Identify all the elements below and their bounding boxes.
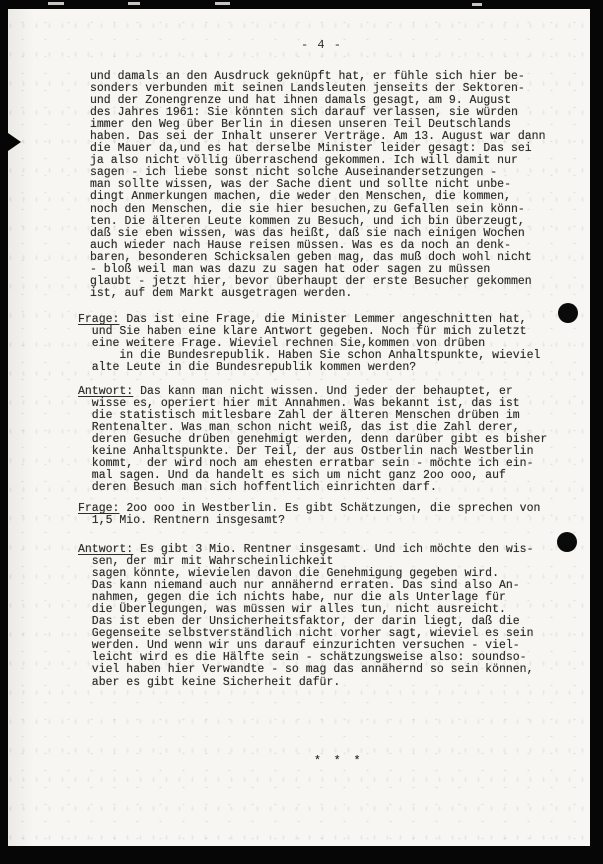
antwort-label: Antwort:	[78, 543, 133, 556]
paragraph-text: Das kann man nicht wissen. Und jeder der…	[78, 385, 547, 494]
question-paragraph-2: Frage: 2oo ooo in Westberlin. Es gibt Sc…	[78, 503, 540, 527]
scan-edge-artifact	[8, 133, 21, 151]
scan-edge-notch	[128, 2, 140, 5]
paragraph-text: Es gibt 3 Mio. Rentner insgesamt. Und ic…	[78, 543, 533, 689]
paragraph-text: Das ist eine Frage, die Minister Lemmer …	[78, 313, 540, 374]
ink-dot-artifact	[558, 303, 578, 323]
frage-label: Frage:	[78, 502, 119, 515]
ink-dot-artifact	[557, 532, 577, 552]
paragraph-text: und damals an den Ausdruck geknüpft hat,…	[90, 70, 545, 300]
antwort-label: Antwort:	[78, 385, 133, 398]
scan-edge-notch	[472, 3, 482, 6]
scanned-document-page: - 4 - und damals an den Ausdruck geknüpf…	[8, 9, 590, 846]
answer-paragraph-1: Antwort: Das kann man nicht wissen. Und …	[78, 386, 547, 494]
page-number: - 4 -	[301, 38, 342, 52]
paragraph-text: 2oo ooo in Westberlin. Es gibt Schätzung…	[78, 502, 540, 527]
frage-label: Frage:	[78, 313, 119, 326]
scan-edge-notch	[48, 2, 64, 5]
body-paragraph: und damals an den Ausdruck geknüpft hat,…	[90, 71, 545, 300]
section-end-asterisks: * * *	[314, 755, 364, 768]
answer-paragraph-2: Antwort: Es gibt 3 Mio. Rentner insgesam…	[78, 544, 533, 689]
scan-edge-notch	[215, 2, 230, 5]
question-paragraph-1: Frage: Das ist eine Frage, die Minister …	[78, 314, 540, 374]
